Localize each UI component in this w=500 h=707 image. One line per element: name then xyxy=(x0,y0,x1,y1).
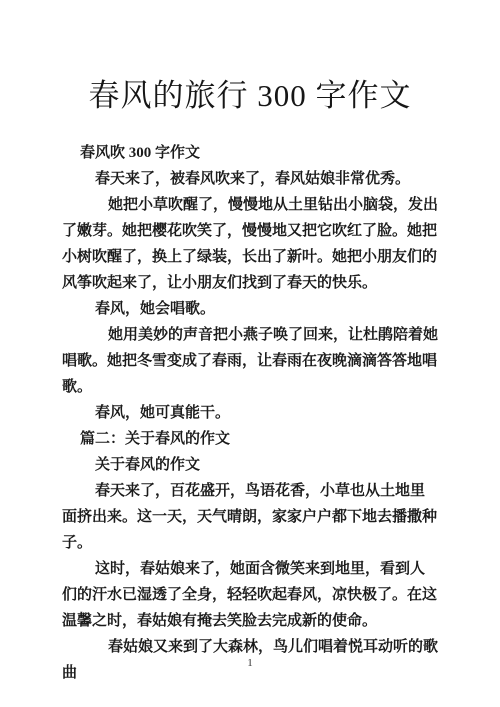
essay-paragraph: 她用美妙的声音把小燕子唤了回来，让杜鹃陪着她唱歌。她把冬雪变成了春雨，让春雨在夜… xyxy=(62,322,438,400)
essay-heading: 关于春风的作文 xyxy=(62,452,438,478)
essay-paragraph: 春风，她会唱歌。 xyxy=(62,296,438,322)
document-page: 春风的旅行 300 字作文 春风吹 300 字作文春天来了，被春风吹来了，春风姑… xyxy=(0,0,500,707)
essay-heading: 篇二：关于春风的作文 xyxy=(62,426,438,452)
document-title: 春风的旅行 300 字作文 xyxy=(0,0,500,116)
essay-heading: 春风吹 300 字作文 xyxy=(62,140,438,166)
essay-paragraph: 春风，她可真能干。 xyxy=(62,400,438,426)
document-body: 春风吹 300 字作文春天来了，被春风吹来了，春风姑娘非常优秀。她把小草吹醒了，… xyxy=(0,140,500,686)
essay-paragraph: 这时，春姑娘来了，她面含微笑来到地里，看到人们的汗水已湿透了全身，轻轻吹起春风，… xyxy=(62,556,438,634)
essay-paragraph: 春天来了，被春风吹来了，春风姑娘非常优秀。 xyxy=(62,166,438,192)
page-number: 1 xyxy=(0,657,500,670)
essay-paragraph: 春天来了，百花盛开，鸟语花香，小草也从土地里面挤出来。这一天，天气晴朗，家家户户… xyxy=(62,478,438,556)
essay-paragraph: 她把小草吹醒了，慢慢地从土里钻出小脑袋，发出了嫩芽。她把樱花吹笑了，慢慢地又把它… xyxy=(62,192,438,296)
